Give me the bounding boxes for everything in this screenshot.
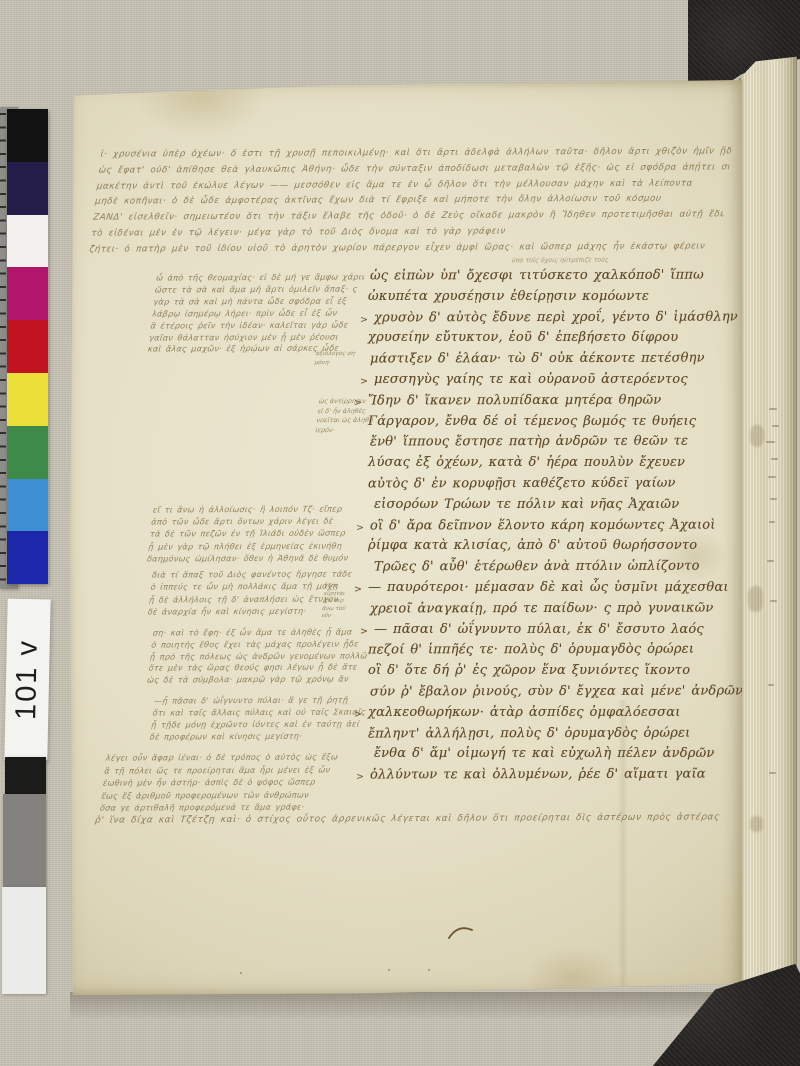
color-chip-dark-violet [7, 162, 48, 215]
verse-text: Ἴδην δ' ἵκανεν πολυπίδακα μητέρα θηρῶν [368, 392, 661, 408]
scholia-line: ἱερόν· [315, 426, 394, 436]
verse-line: χρυσείην εὔτυκτον, ἑοῦ δ' ἐπεβήσετο δίφρ… [368, 330, 724, 351]
calibration-strip: 101 v [0, 105, 52, 1000]
folio-label: 101 v [4, 599, 50, 761]
verse-line: οἳ δ' ὅτε δή ῥ' ἐς χῶρον ἕνα ξυνιόντες ἵ… [368, 663, 724, 684]
page-bottom-shadow [70, 992, 738, 1020]
color-chip-black [7, 109, 48, 162]
gray-block [3, 794, 46, 887]
verse-line: >χαλκεοθωρήκων· ἀτὰρ ἀσπίδες ὀμφαλόεσσαι [368, 705, 724, 726]
scholia-line: τὰ δὲ τῶν πεζῶν ἐν τῇ Ἰλιάδι οὐδὲν ὥσπερ [149, 527, 361, 540]
scholia-line: λέγει οὖν ἄφαρ ἰέναι· ὁ δὲ τρόπος ὁ αὐτὸ… [105, 750, 347, 764]
scholia-line: διὰ τί ἅπαξ τοῦ Διὸς φανέντος ἤργησε τάδ… [151, 567, 367, 581]
fore-edge-mark [768, 476, 776, 478]
verse-text: ὀλλύντων τε καὶ ὀλλυμένων, ῥέε δ' αἵματι… [370, 767, 706, 783]
verse-text: χρυσείην εὔτυκτον, ἑοῦ δ' ἐπεβήσετο δίφρ… [368, 330, 678, 345]
quotation-mark: > [356, 772, 364, 783]
verse-line: >χρυσὸν δ' αὐτὸς ἔδυνε περὶ χροΐ, γέντο … [374, 309, 724, 331]
scholia-line: ὦ ἀπὸ τῆς θεομαχίας· εἰ δὲ μή γε ἄμφω χά… [155, 271, 365, 284]
fore-edge-mark [769, 521, 775, 523]
verse-text: ὡς εἰπὼν ὑπ' ὄχεσφι τιτύσκετο χαλκόποδ' … [370, 268, 704, 284]
fore-edge-mark [771, 458, 778, 460]
color-chip-magenta [7, 267, 48, 320]
scholia-line: ὅτι καὶ ταῖς ἄλλαις πύλαις καὶ οὐ ταῖς Σ… [152, 706, 368, 719]
scholia-line: ὡς ἀντίρρησιν [318, 397, 397, 407]
verse-text: ῥίμφα κατὰ κλισίας, ἀπὸ δ' αὐτοῦ θωρήσσο… [368, 538, 697, 553]
verse-text: Γάργαρον, ἔνθα δέ οἱ τέμενος βωμός τε θυ… [368, 414, 696, 429]
verse-line: >οἳ δ' ἄρα δεῖπνον ἕλοντο κάρη κομόωντες… [370, 517, 724, 539]
scholia-line: εἴ τι ἄνω ἡ ἀλλοίωσις· ἢ λοιπόν Τζ· εἴπε… [152, 502, 364, 515]
margin-scholia-block-4: ση· καὶ τὸ ἔφη· ἐξ ὧν ἅμα τε ἀληθὲς ᾗ ἅμ… [146, 626, 371, 686]
fore-edge-mark [767, 560, 774, 562]
fore-edge-mark [769, 408, 777, 410]
verse-line: Γάργαρον, ἔνθα δέ οἱ τέμενος βωμός τε θυ… [368, 414, 724, 435]
top-scholia-block: ἰ· χρυσένια ὑπὲρ ὀχέων· ὅ ἐστι τῇ χρυσῇ … [88, 144, 731, 258]
fore-edge-mark [768, 684, 774, 686]
scholia-line: γὰρ τὰ σὰ καὶ μὴ πάντα ὧδε σφόδρα εἶ ἐξ [153, 295, 363, 308]
scholia-line: ᾗ τῇδε μόνῃ ἐχρῶντο ἰόντες καὶ ἐν ταύτῃ … [151, 718, 367, 731]
fore-edge-mark [766, 441, 775, 443]
verse-line: >ὀλλύντων τε καὶ ὀλλυμένων, ῥέε δ' αἵματ… [370, 767, 724, 789]
margin-scholia-block-6: λέγει οὖν ἄφαρ ἰέναι· ὁ δὲ τρόπος ὁ αὐτὸ… [99, 750, 346, 814]
white-block [2, 887, 46, 994]
fore-edge-mark [770, 498, 777, 500]
margin-note-1: ἀξιόλογος ση·μόνη· [314, 350, 368, 367]
book-fore-edge-stack [738, 52, 797, 988]
margin-note-2: ὡς ἀντίρρησινεἰ δ' ἦν ἀληθὲςνοεῖται ὡς ἀ… [315, 397, 398, 436]
interlinear-gloss: ὑπὸ τοῖς ὄχοις ηὐτρέπιζε τοὺς ἵππους [512, 257, 609, 265]
scholia-line: ἕως ἓξ ἀριθμοῦ προφερομένων τῶν ἀνθρώπων [101, 788, 343, 802]
verse-text: ἔπληντ' ἀλλήλῃσι, πολὺς δ' ὀρυμαγδὸς ὀρώ… [368, 725, 690, 741]
ink-dot [428, 969, 430, 971]
manuscript-page: ἰ· χρυσένια ὑπὲρ ὀχέων· ὅ ἐστι τῇ χρυσῇ … [66, 80, 742, 996]
color-chip-green [7, 426, 48, 479]
scholia-line: ἃ ἑτέροις ῥεῖν τὴν ἰδέαν· καλεῖται γὰρ ὧ… [150, 319, 360, 332]
verse-line: ῥίμφα κατὰ κλισίας, ἀπὸ δ' αὐτοῦ θωρήσσο… [368, 538, 724, 559]
color-chip-yellow [7, 373, 48, 426]
verse-line: χρειοῖ ἀναγκαίῃ, πρό τε παίδων· ς πρὸ γυ… [370, 600, 724, 622]
scholia-line: ΖΑΝΔ' εἰσελθεῖν· σημειωτέον ὅτι τὴν τάξι… [92, 208, 724, 227]
verse-line: σύν ῥ' ἔβαλον ῥινούς, σὺν δ' ἔγχεα καὶ μ… [370, 683, 724, 705]
pen-flourish-mark [448, 924, 474, 940]
verse-text: μάστιξεν δ' ἐλάαν· τὼ δ' οὐκ ἀέκοντε πετ… [370, 351, 705, 367]
verse-text: οἳ δ' ὅτε δή ῥ' ἐς χῶρον ἕνα ξυνιόντες ἵ… [368, 663, 690, 678]
scholia-line: νῦν· [321, 613, 362, 621]
margin-scholia-block-5: —ᾗ πᾶσαι δ' ὠΐγνυντο πύλαι· ἅ γε τῇ ῥητῇ… [149, 694, 369, 743]
ink-dot [388, 969, 390, 971]
verse-line: εἰσορόων Τρώων τε πόλιν καὶ νῆας Ἀχαιῶν [374, 497, 724, 518]
color-chip-white [7, 215, 48, 268]
verse-text: μεσσηγὺς γαίης τε καὶ οὐρανοῦ ἀστερόεντο… [374, 372, 688, 387]
quotation-mark: > [360, 376, 368, 387]
margin-note-3: ἑξῆςεἴρηταιὅτι περἄνω τοῦνῦν· [321, 583, 365, 621]
bottom-scholion-line: ῥ' ἵνα δίχα καὶ Τζέτζῃ καὶ· ὁ στίχος οὗτ… [94, 811, 726, 827]
verse-line: Τρῶες δ' αὖθ' ἑτέρωθεν ἀνὰ πτόλιν ὡπλίζο… [374, 559, 724, 581]
verse-line: ὠκυπέτα χρυσέῃσιν ἐθείρῃσιν κομόωντε [368, 289, 724, 310]
scholia-line: ὅσα γε ἀρτιθαλῆ προφερόμενά τε ἅμα γράφε… [99, 800, 341, 814]
scholia-line: ἀπὸ τῶν ὧδε ἄρτι ὄντων χάριν λέγει δὲ [151, 515, 363, 528]
verse-text: Τρῶες δ' αὖθ' ἑτέρωθεν ἀνὰ πτόλιν ὡπλίζο… [374, 559, 700, 575]
verse-text: — πᾶσαι δ' ὠΐγνυντο πύλαι, ἐκ δ' ἔσσυτο … [374, 622, 704, 637]
verse-text: πεζοί θ' ἱππῆές τε· πολὺς δ' ὀρυμαγδὸς ὀ… [368, 642, 694, 658]
scholia-line: λάβρῳ ἰσημέρῳ λήρει· πρὶν ὧδε εἶ ἐξ ὧν [151, 307, 361, 320]
verse-line: ὡς εἰπὼν ὑπ' ὄχεσφι τιτύσκετο χαλκόποδ' … [370, 268, 724, 290]
fore-edge-smudge [750, 816, 763, 832]
verse-line: >— παυρότεροι· μέμασαν δὲ καὶ ὧς ὑσμῖνι … [368, 580, 724, 601]
verse-line: ἔπληντ' ἀλλήλῃσι, πολὺς δ' ὀρυμαγδὸς ὀρώ… [368, 725, 724, 747]
verse-line: ἔνθα δ' ἅμ' οἰμωγή τε καὶ εὐχωλὴ πέλεν ἀ… [374, 746, 724, 767]
verse-text: χαλκεοθωρήκων· ἀτὰρ ἀσπίδες ὀμφαλόεσσαι [368, 705, 681, 720]
fore-edge-mark [770, 600, 777, 602]
verse-line: >— πᾶσαι δ' ὠΐγνυντο πύλαι, ἐκ δ' ἔσσυτο… [374, 622, 724, 643]
fore-edge-mark [769, 772, 776, 774]
verse-line: λύσας ἐξ ὀχέων, κατὰ δ' ἠέρα πουλὺν ἔχευ… [368, 455, 724, 476]
main-text-verse-block: ὡς εἰπὼν ὑπ' ὄχεσφι τιτύσκετο χαλκόποδ' … [368, 268, 724, 788]
margin-scholia-block-1: ὦ ἀπὸ τῆς θεομαχίας· εἰ δὲ μή γε ἄμφω χά… [147, 271, 365, 355]
scholia-line: δαημόνως ὡμίλησαν· ὅθεν ἡ Ἀθηνᾶ δὲ θυμόν [146, 551, 358, 564]
verse-text: εἰσορόων Τρώων τε πόλιν καὶ νῆας Ἀχαιῶν [374, 497, 679, 512]
scholia-line: ᾗ μὲν γὰρ τῷ πλήθει ἐξ ἑρμηνείας ἐκινήθη [148, 539, 360, 552]
verse-line: αὐτὸς δ' ἐν κορυφῇσι καθέζετο κύδεϊ γαίω… [368, 476, 724, 498]
verse-text: ἔνθα δ' ἅμ' οἰμωγή τε καὶ εὐχωλὴ πέλεν ἀ… [374, 746, 715, 761]
verse-text: αὐτὸς δ' ἐν κορυφῇσι καθέζετο κύδεϊ γαίω… [368, 476, 676, 492]
scholia-line: ὥστε τὰ σὰ καὶ ἅμα μὴ ἄρτι ὁμιλεῖν ἅπαξ·… [154, 283, 364, 296]
verse-line: πεζοί θ' ἱππῆές τε· πολὺς δ' ὀρυμαγδὸς ὀ… [368, 642, 724, 664]
scholia-line: —ᾗ πᾶσαι δ' ὠΐγνυντο πύλαι· ἅ γε τῇ ῥητῇ [153, 694, 369, 707]
scholia-line: ση· καὶ τὸ ἔφη· ἐξ ὧν ἅμα τε ἀληθὲς ᾗ ἅμ… [152, 626, 372, 639]
verse-text: λύσας ἐξ ὀχέων, κατὰ δ' ἠέρα πουλὺν ἔχευ… [368, 455, 685, 470]
scholia-line: δὲ προφέρων καὶ κίνησις μεγίστη· [149, 730, 365, 743]
scholia-line: ὁ ποιητὴς ἔθος ἔχει τὰς μάχας προλέγειν … [151, 638, 371, 651]
verse-text: ἔνθ' ἵππους ἔστησε πατὴρ ἀνδρῶν τε θεῶν … [370, 434, 688, 450]
color-chip-light-blue [7, 479, 48, 532]
verse-text: χρυσὸν δ' αὐτὸς ἔδυνε περὶ χροΐ, γέντο δ… [374, 309, 738, 325]
verse-text: σύν ῥ' ἔβαλον ῥινούς, σὺν δ' ἔγχεα καὶ μ… [370, 683, 743, 699]
ink-dot [240, 972, 242, 974]
scholia-line: ζήτει· ὁ πατὴρ μὲν τοῦ ἰδίου υἱοῦ τὸ ἀρη… [88, 239, 720, 258]
scholia-line: ὡς δὲ τὰ σύμβολα· μακρῷ γὰρ τῷ χρόνῳ ἄν [146, 674, 366, 687]
verse-line: ἔνθ' ἵππους ἔστησε πατὴρ ἀνδρῶν τε θεῶν … [370, 434, 724, 456]
manuscript-photo: ἰ· χρυσένια ὑπὲρ ὀχέων· ὅ ἐστι τῇ χρυσῇ … [0, 0, 800, 1066]
verse-line: μάστιξεν δ' ἐλάαν· τὼ δ' οὐκ ἀέκοντε πετ… [370, 351, 724, 373]
fore-edge-smudge [748, 586, 763, 612]
color-chip-column [7, 109, 48, 584]
verse-text: ὠκυπέτα χρυσέῃσιν ἐθείρῃσιν κομόωντε [368, 289, 649, 304]
color-chip-red [7, 320, 48, 373]
margin-scholia-block-2: εἴ τι ἄνω ἡ ἀλλοίωσις· ἢ λοιπόν Τζ· εἴπε… [146, 502, 363, 564]
verse-text: — παυρότεροι· μέμασαν δὲ καὶ ὧς ὑσμῖνι μ… [368, 580, 729, 595]
verse-text: χρειοῖ ἀναγκαίῃ, πρό τε παίδων· ς πρὸ γυ… [370, 600, 714, 616]
verse-line: >Ἴδην δ' ἵκανεν πολυπίδακα μητέρα θηρῶν [368, 392, 724, 414]
fore-edge-smudge [750, 425, 764, 447]
verse-text: οἳ δ' ἄρα δεῖπνον ἕλοντο κάρη κομόωντες … [370, 517, 716, 533]
quotation-mark: > [360, 314, 368, 325]
black-block [5, 757, 46, 794]
fore-edge-mark [772, 425, 779, 427]
scholia-line: νοεῖται ὡς ἀληθῆ [316, 416, 395, 426]
verse-line: >μεσσηγὺς γαίης τε καὶ οὐρανοῦ ἀστερόεντ… [374, 372, 724, 393]
color-chip-dark-blue [7, 531, 48, 584]
scholia-line: μόνη· [314, 358, 367, 367]
scholia-line: ἑωθινὴ μὲν ἦν ἀστήρ· ἀσπὶς δὲ ὁ ψόφος ὥσ… [102, 775, 344, 789]
scholia-line: ἀξιόλογος ση· [315, 350, 368, 359]
folio-label-text: 101 v [10, 639, 45, 721]
scholia-line: εἰ δ' ἦν ἀληθὲς [317, 406, 396, 416]
ruler-ticks [0, 113, 6, 583]
